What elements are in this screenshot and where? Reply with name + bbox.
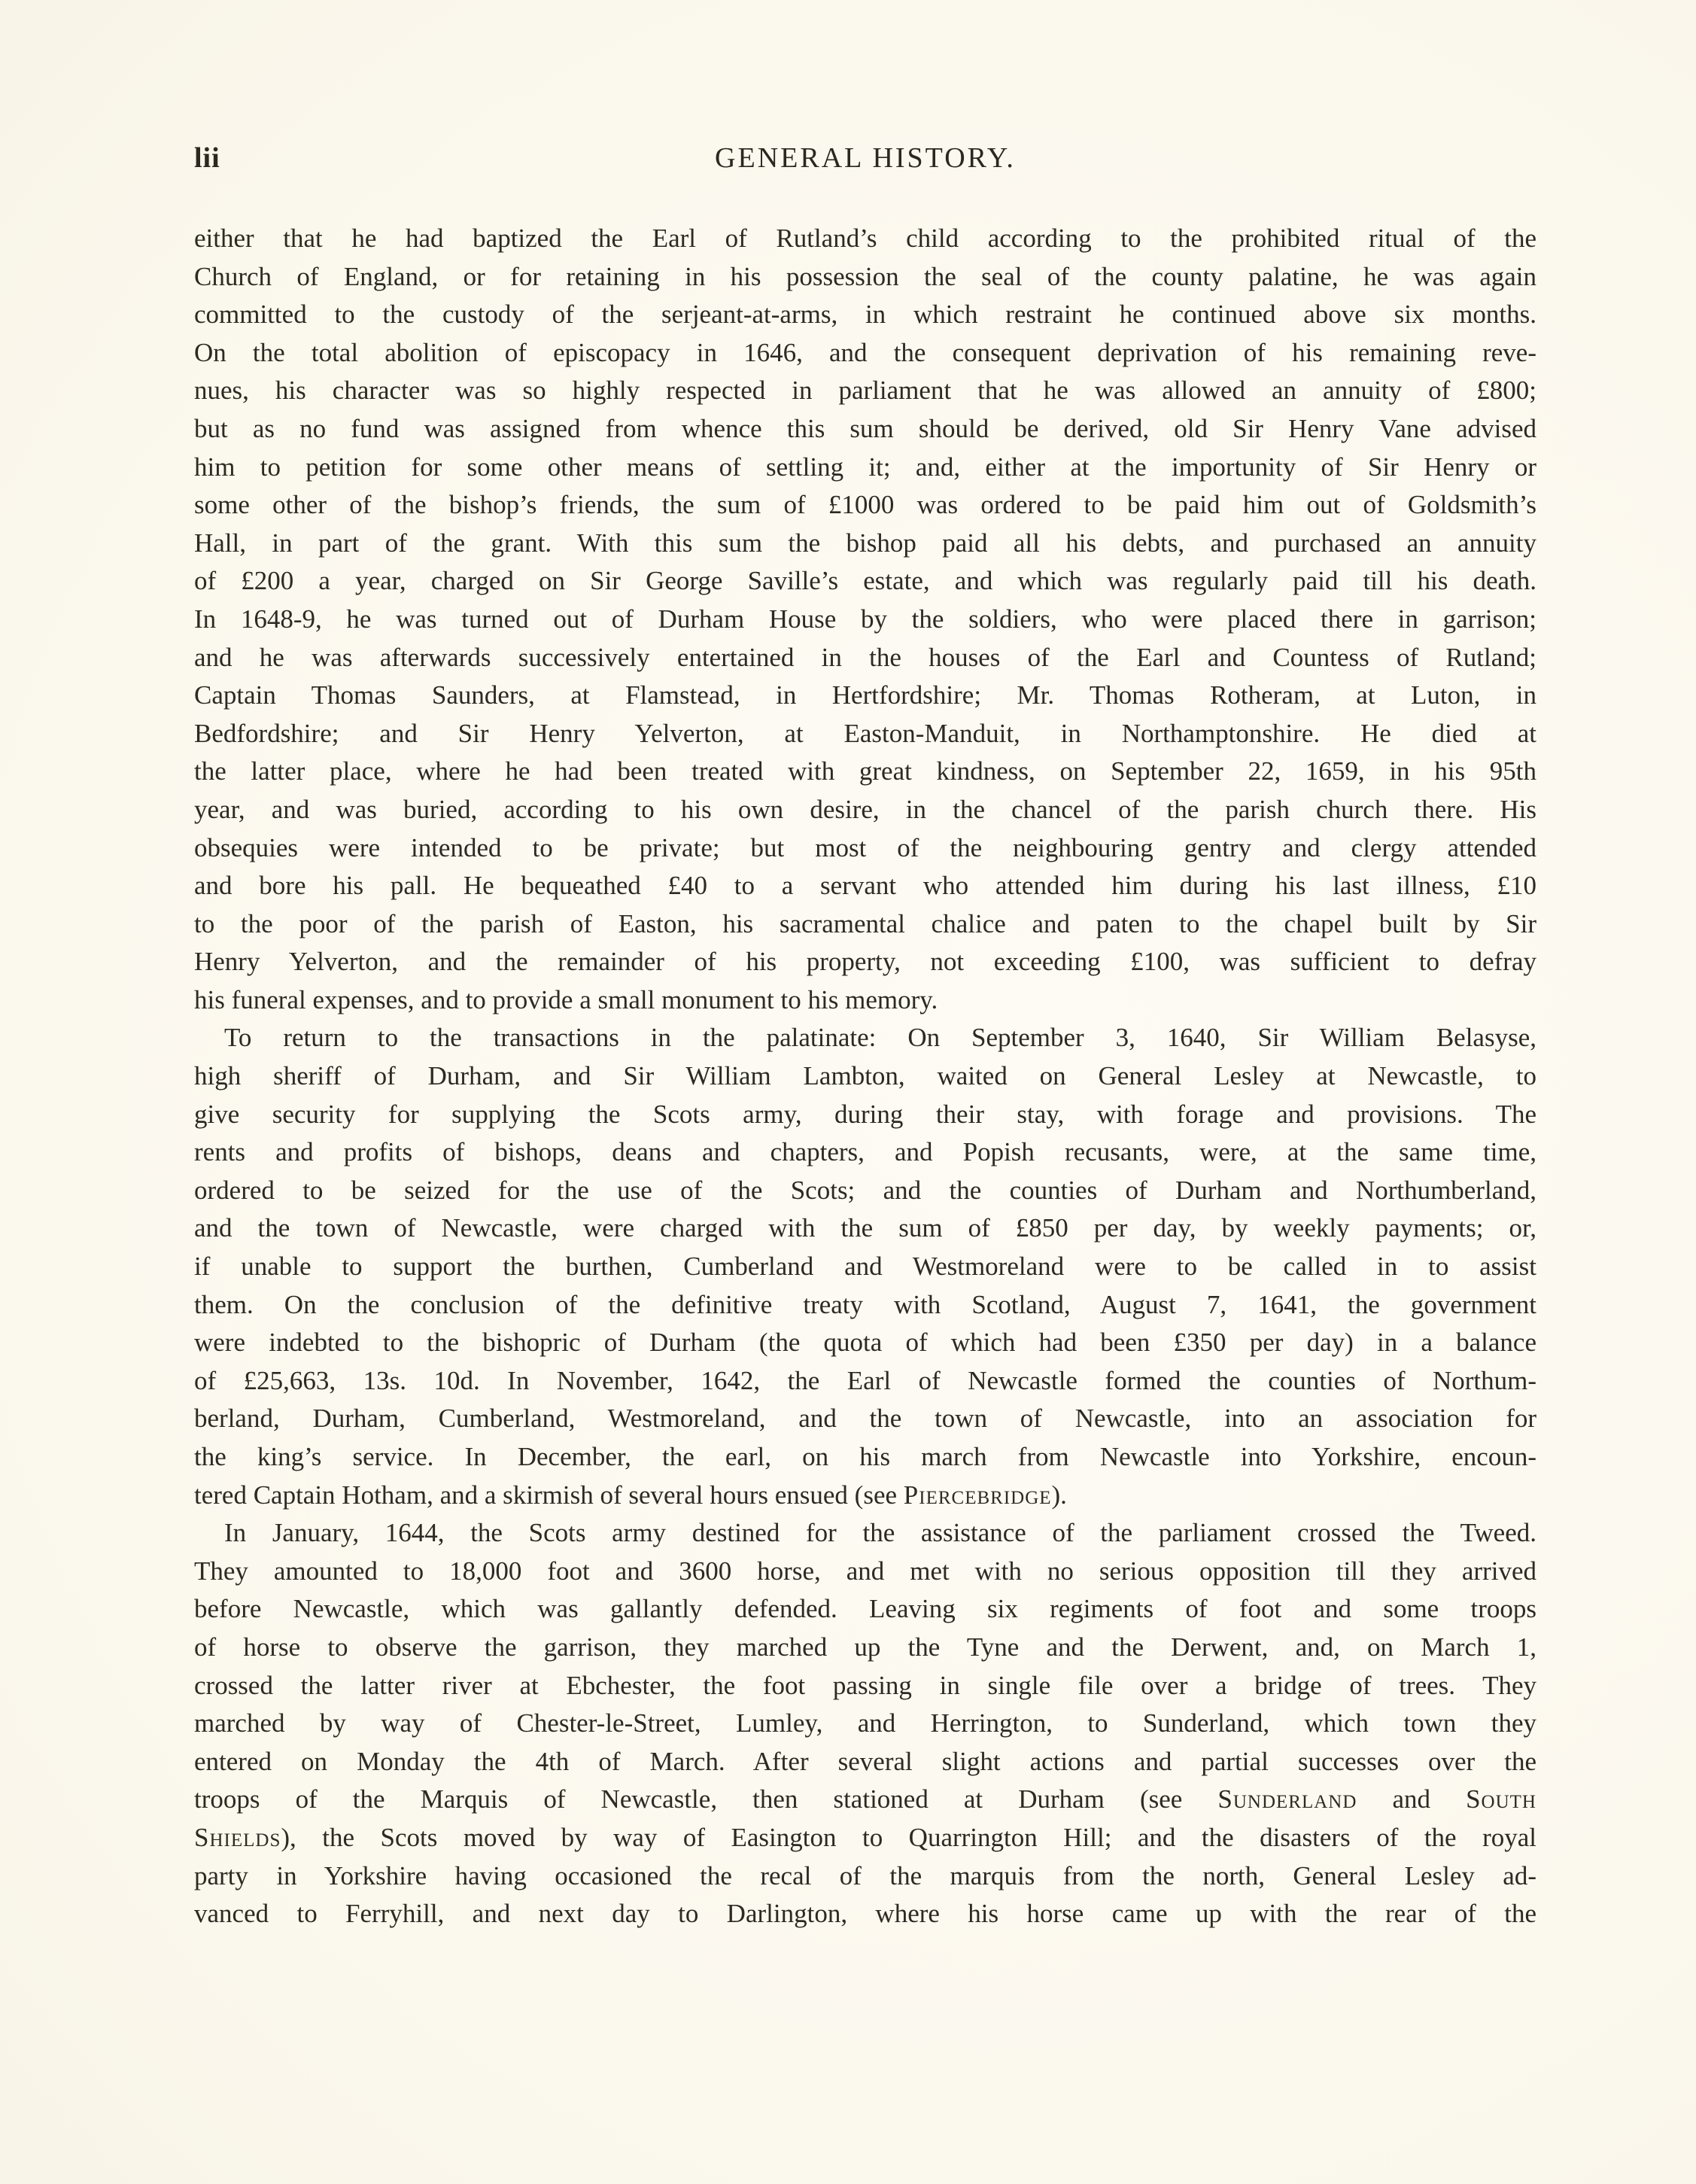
text-line: the latter place, where he had been trea… <box>194 753 1536 791</box>
text-line: troops of the Marquis of Newcastle, then… <box>194 1781 1536 1819</box>
text-line: were indebted to the bishopric of Durham… <box>194 1324 1536 1362</box>
cross-reference-south-shields: Shields <box>194 1823 281 1852</box>
text-line: either that he had baptized the Earl of … <box>194 220 1536 258</box>
running-head: lii GENERAL HISTORY. <box>194 141 1536 179</box>
text-line: tered Captain Hotham, and a skirmish of … <box>194 1477 1536 1515</box>
text-line: Henry Yelverton, and the remainder of hi… <box>194 943 1536 981</box>
text-line: On the total abolition of episcopacy in … <box>194 334 1536 373</box>
text-fragment: and <box>1357 1784 1466 1814</box>
text-line: and the town of Newcastle, were charged … <box>194 1209 1536 1248</box>
text-fragment: troops of the Marquis of Newcastle, then… <box>194 1784 1217 1814</box>
text-line: his funeral expenses, and to provide a s… <box>194 981 1536 1020</box>
text-line: high sheriff of Durham, and Sir William … <box>194 1057 1536 1096</box>
book-page: lii GENERAL HISTORY. either that he had … <box>0 0 1696 2184</box>
text-line: and bore his pall. He bequeathed £40 to … <box>194 867 1536 905</box>
text-line: ordered to be seized for the use of the … <box>194 1172 1536 1210</box>
text-line: Shields), the Scots moved by way of Easi… <box>194 1819 1536 1857</box>
text-line: crossed the latter river at Ebchester, t… <box>194 1667 1536 1705</box>
text-line-paragraph-start: In January, 1644, the Scots army destine… <box>194 1514 1536 1553</box>
cross-reference-sunderland: Sunderland <box>1217 1784 1357 1814</box>
text-line: the king’s service. In December, the ear… <box>194 1438 1536 1477</box>
text-line: of £25,663, 13s. 10d. In November, 1642,… <box>194 1362 1536 1401</box>
text-line: but as no fund was assigned from whence … <box>194 410 1536 449</box>
text-line: In 1648-9, he was turned out of Durham H… <box>194 601 1536 639</box>
text-line: obsequies were intended to be private; b… <box>194 829 1536 868</box>
text-line: Bedfordshire; and Sir Henry Yelverton, a… <box>194 715 1536 753</box>
text-line: to the poor of the parish of Easton, his… <box>194 905 1536 944</box>
text-line: party in Yorkshire having occasioned the… <box>194 1857 1536 1896</box>
text-line: nues, his character was so highly respec… <box>194 372 1536 410</box>
text-fragment: ). <box>1052 1480 1067 1510</box>
text-line: rents and profits of bishops, deans and … <box>194 1133 1536 1172</box>
cross-reference-south-shields: South <box>1466 1784 1536 1814</box>
text-line: vanced to Ferryhill, and next day to Dar… <box>194 1895 1536 1933</box>
text-line: Captain Thomas Saunders, at Flamstead, i… <box>194 677 1536 715</box>
text-line: him to petition for some other means of … <box>194 449 1536 487</box>
text-line: Hall, in part of the grant. With this su… <box>194 525 1536 563</box>
text-line: berland, Durham, Cumberland, Westmorelan… <box>194 1400 1536 1438</box>
text-fragment: ), the Scots moved by way of Easington t… <box>281 1823 1536 1852</box>
text-line: year, and was buried, according to his o… <box>194 791 1536 829</box>
text-line: committed to the custody of the serjeant… <box>194 296 1536 334</box>
text-line-paragraph-start: To return to the transactions in the pal… <box>194 1019 1536 1057</box>
text-line: of £200 a year, charged on Sir George Sa… <box>194 562 1536 601</box>
text-line: if unable to support the burthen, Cumber… <box>194 1248 1536 1286</box>
text-line: give security for supplying the Scots ar… <box>194 1096 1536 1134</box>
text-line: marched by way of Chester-le-Street, Lum… <box>194 1705 1536 1743</box>
text-line: them. On the conclusion of the definitiv… <box>194 1286 1536 1325</box>
running-head-title: GENERAL HISTORY. <box>194 141 1536 175</box>
text-line: before Newcastle, which was gallantly de… <box>194 1590 1536 1629</box>
text-line: entered on Monday the 4th of March. Afte… <box>194 1743 1536 1781</box>
text-fragment: tered Captain Hotham, and a skirmish of … <box>194 1480 904 1510</box>
cross-reference-piercebridge: Piercebridge <box>904 1480 1052 1510</box>
text-line: some other of the bishop’s friends, the … <box>194 486 1536 525</box>
text-line: They amounted to 18,000 foot and 3600 ho… <box>194 1553 1536 1591</box>
text-line: and he was afterwards successively enter… <box>194 639 1536 677</box>
body-text: either that he had baptized the Earl of … <box>194 220 1536 1933</box>
text-line: of horse to observe the garrison, they m… <box>194 1629 1536 1667</box>
text-line: Church of England, or for retaining in h… <box>194 258 1536 297</box>
